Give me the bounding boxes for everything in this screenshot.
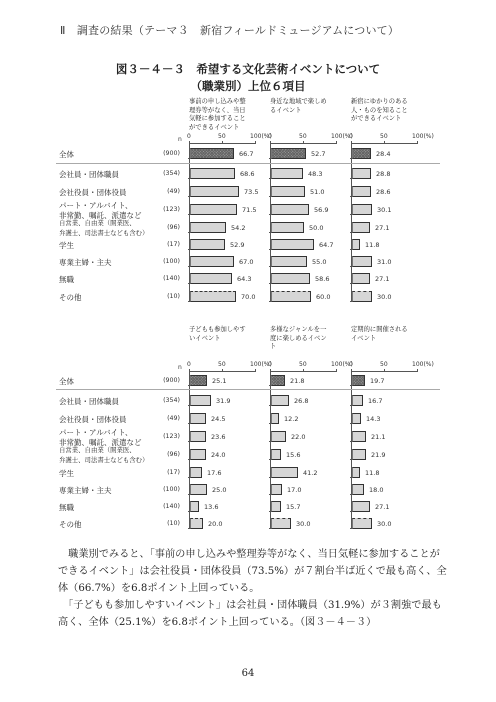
value-label: 23.6 <box>211 433 225 441</box>
bar <box>352 291 372 302</box>
bar <box>190 239 225 250</box>
value-label: 18.0 <box>369 486 383 494</box>
value-label: 51.0 <box>310 188 324 196</box>
bar <box>271 168 303 179</box>
value-label: 16.7 <box>368 397 382 405</box>
row-label: 自営業、自由業（開業医、 弁護士、司法書士なども含む） <box>59 219 148 238</box>
value-label: 17.6 <box>207 469 221 477</box>
sample-size: (140) <box>140 275 180 282</box>
value-label: 15.7 <box>286 503 300 511</box>
bar <box>190 256 234 267</box>
bar <box>271 239 314 250</box>
value-label: 25.1 <box>212 377 226 385</box>
sample-size: (49) <box>140 415 180 422</box>
value-label: 26.8 <box>294 397 308 405</box>
bar <box>190 413 206 424</box>
tick-mark <box>384 141 385 144</box>
bar <box>190 484 207 495</box>
value-label: 66.7 <box>239 150 253 158</box>
value-label: 41.2 <box>303 469 317 477</box>
sample-size: (140) <box>140 503 180 510</box>
row-label: 学生 <box>59 240 74 251</box>
tick-label: 50 <box>299 361 307 368</box>
tick-mark <box>270 141 271 144</box>
bar <box>271 518 291 529</box>
bar <box>352 186 371 197</box>
bar <box>352 273 370 284</box>
bar <box>190 501 199 512</box>
section-header: Ⅱ 調査の結果（テーマ３ 新宿フィールドミュージアムについて） <box>60 22 399 38</box>
bar <box>190 291 236 302</box>
sample-size: (17) <box>140 469 180 476</box>
row-label: その他 <box>59 292 82 303</box>
tick-label: 0 <box>268 361 272 368</box>
value-label: 30.1 <box>377 206 391 214</box>
value-label: 21.1 <box>371 433 385 441</box>
value-label: 14.3 <box>366 415 380 423</box>
question-label: 定期的に開催される イベント <box>351 326 408 343</box>
tick-mark <box>189 141 190 144</box>
bar <box>352 449 366 460</box>
page-number: 64 <box>0 668 496 679</box>
bar <box>271 467 298 478</box>
value-label: 31.9 <box>216 397 230 405</box>
bar <box>271 148 306 159</box>
bar <box>190 395 211 406</box>
value-label: 24.5 <box>211 415 225 423</box>
tick-mark <box>303 141 304 144</box>
tick-label: 50 <box>380 133 388 140</box>
bar <box>271 204 309 215</box>
bar <box>352 431 366 442</box>
row-label: パート・アルバイト、 非常勤、嘱託、派遣など <box>59 428 142 447</box>
value-label: 11.8 <box>365 469 379 477</box>
value-label: 70.0 <box>241 293 255 301</box>
row-label: 自営業、自由業（開業医、 弁護士、司法書士なども含む） <box>59 446 148 465</box>
bar <box>352 375 365 386</box>
bar <box>271 395 289 406</box>
value-label: 28.4 <box>376 150 390 158</box>
bar <box>271 413 279 424</box>
separator-line <box>56 163 440 164</box>
tick-label: 50 <box>218 361 226 368</box>
sample-size: (354) <box>140 397 180 404</box>
bar <box>271 222 304 233</box>
bar <box>352 168 371 179</box>
bar <box>352 467 360 478</box>
sample-size: (49) <box>140 188 180 195</box>
value-label: 31.0 <box>377 258 391 266</box>
row-label: 全体 <box>59 376 74 387</box>
tick-label: 0 <box>187 361 191 368</box>
value-label: 21.8 <box>290 377 304 385</box>
row-label: 会社役員・団体役員 <box>59 187 127 198</box>
bar <box>352 204 372 215</box>
row-label: 全体 <box>59 149 74 160</box>
bar <box>271 186 305 197</box>
tick-mark <box>189 369 190 372</box>
value-label: 25.0 <box>212 486 226 494</box>
value-label: 67.0 <box>239 258 253 266</box>
bar <box>352 148 371 159</box>
tick-mark <box>222 369 223 372</box>
bar <box>352 501 370 512</box>
question-label: 子どもも参加しやす いイベント <box>189 326 246 343</box>
sample-size: (10) <box>140 520 180 527</box>
value-label: 11.8 <box>365 241 379 249</box>
row-label: 無職 <box>59 502 74 513</box>
value-label: 17.0 <box>287 486 301 494</box>
tick-label: 0 <box>187 133 191 140</box>
tick-mark <box>255 369 256 372</box>
bar <box>190 222 226 233</box>
row-label: その他 <box>59 519 82 530</box>
tick-label: 100(%) <box>412 133 434 140</box>
question-label: 身近な地域で楽しめ るイベント <box>270 98 327 115</box>
bar <box>271 431 286 442</box>
bar <box>190 273 232 284</box>
value-label: 52.9 <box>230 241 244 249</box>
tick-mark <box>336 369 337 372</box>
sample-size: (900) <box>140 377 180 384</box>
value-label: 20.0 <box>208 520 222 528</box>
sample-size: (123) <box>140 433 180 440</box>
sample-size: (17) <box>140 241 180 248</box>
body-paragraph-1: 職業別でみると、「事前の申し込みや整理券等がなく、当日気軽に参加することができる… <box>58 546 448 597</box>
value-label: 68.6 <box>240 170 254 178</box>
value-label: 48.3 <box>308 170 322 178</box>
bar <box>271 291 311 302</box>
tick-mark <box>351 141 352 144</box>
bar <box>352 239 360 250</box>
figure-subtitle: （職業別）上位６項目 <box>0 78 496 94</box>
sample-size: (100) <box>140 486 180 493</box>
value-label: 13.6 <box>204 503 218 511</box>
value-label: 24.0 <box>211 451 225 459</box>
tick-mark <box>222 141 223 144</box>
value-label: 28.8 <box>376 170 390 178</box>
bar <box>352 518 372 529</box>
sample-size: (96) <box>140 224 180 231</box>
value-label: 60.0 <box>316 293 330 301</box>
value-label: 27.1 <box>375 503 389 511</box>
row-label: 専業主婦・主夫 <box>59 257 112 268</box>
value-label: 73.5 <box>244 188 258 196</box>
value-label: 30.0 <box>377 520 391 528</box>
row-label: 無職 <box>59 274 74 285</box>
row-label: 会社員・団体職員 <box>59 169 119 180</box>
value-label: 58.6 <box>315 275 329 283</box>
bar <box>190 168 235 179</box>
bar <box>190 518 203 529</box>
tick-label: 50 <box>380 361 388 368</box>
row-label: 専業主婦・主夫 <box>59 485 112 496</box>
bar <box>271 273 310 284</box>
value-label: 52.7 <box>311 150 325 158</box>
bar <box>190 467 202 478</box>
value-label: 64.3 <box>237 275 251 283</box>
question-label: 事前の申し込みや整 理券等がなく、当日 気軽に参加すること ができるイベント <box>189 98 246 132</box>
n-label: n <box>178 136 182 143</box>
tick-label: 0 <box>268 133 272 140</box>
value-label: 64.7 <box>319 241 333 249</box>
tick-mark <box>417 141 418 144</box>
tick-mark <box>384 369 385 372</box>
value-label: 28.6 <box>376 188 390 196</box>
bar <box>271 484 282 495</box>
value-label: 15.6 <box>286 451 300 459</box>
value-label: 50.0 <box>309 224 323 232</box>
bar <box>271 375 285 386</box>
tick-mark <box>270 369 271 372</box>
value-label: 56.9 <box>314 206 328 214</box>
sample-size: (354) <box>140 170 180 177</box>
row-label: 会社員・団体職員 <box>59 396 119 407</box>
value-label: 27.1 <box>375 275 389 283</box>
tick-mark <box>417 369 418 372</box>
figure-title: 図３－４－３ 希望する文化芸術イベントについて <box>0 61 496 77</box>
tick-mark <box>351 369 352 372</box>
tick-mark <box>255 141 256 144</box>
body-paragraph-2: 「子どもも参加しやすいイベント」は会社員・団体職員（31.9%）が３割強で最も高… <box>58 597 448 631</box>
row-label: パート・アルバイト、 非常勤、嘱託、派遣など <box>59 201 142 220</box>
bar <box>190 148 234 159</box>
row-label: 学生 <box>59 468 74 479</box>
separator-line <box>56 389 440 390</box>
tick-mark <box>303 369 304 372</box>
tick-label: 0 <box>349 361 353 368</box>
sample-size: (900) <box>140 150 180 157</box>
bar <box>352 222 370 233</box>
value-label: 30.0 <box>377 293 391 301</box>
tick-mark <box>336 141 337 144</box>
sample-size: (10) <box>140 293 180 300</box>
sample-size: (100) <box>140 258 180 265</box>
value-label: 22.0 <box>291 433 305 441</box>
value-label: 54.2 <box>231 224 245 232</box>
bar <box>352 395 363 406</box>
bar <box>190 431 206 442</box>
question-label: 多様なジャンルを一 度に楽しめるイベン ト <box>270 326 327 352</box>
tick-label: 50 <box>299 133 307 140</box>
value-label: 21.9 <box>371 451 385 459</box>
bar <box>271 501 281 512</box>
row-label: 会社役員・団体役員 <box>59 414 127 425</box>
value-label: 19.7 <box>370 377 384 385</box>
tick-label: 100(%) <box>412 361 434 368</box>
bar <box>352 256 372 267</box>
value-label: 12.2 <box>284 415 298 423</box>
bar <box>271 256 307 267</box>
n-label: n <box>178 364 182 371</box>
value-label: 71.5 <box>242 206 256 214</box>
bar <box>352 484 364 495</box>
value-label: 27.1 <box>375 224 389 232</box>
bar <box>190 449 206 460</box>
bar <box>190 186 239 197</box>
sample-size: (96) <box>140 451 180 458</box>
question-label: 新宿にゆかりのある 人・ものを知ること ができるイベント <box>351 98 408 124</box>
tick-label: 0 <box>349 133 353 140</box>
bar <box>190 204 237 215</box>
bar <box>271 449 281 460</box>
tick-label: 50 <box>218 133 226 140</box>
bar <box>352 413 361 424</box>
sample-size: (123) <box>140 206 180 213</box>
bar <box>190 375 207 386</box>
value-label: 30.0 <box>296 520 310 528</box>
value-label: 55.0 <box>312 258 326 266</box>
